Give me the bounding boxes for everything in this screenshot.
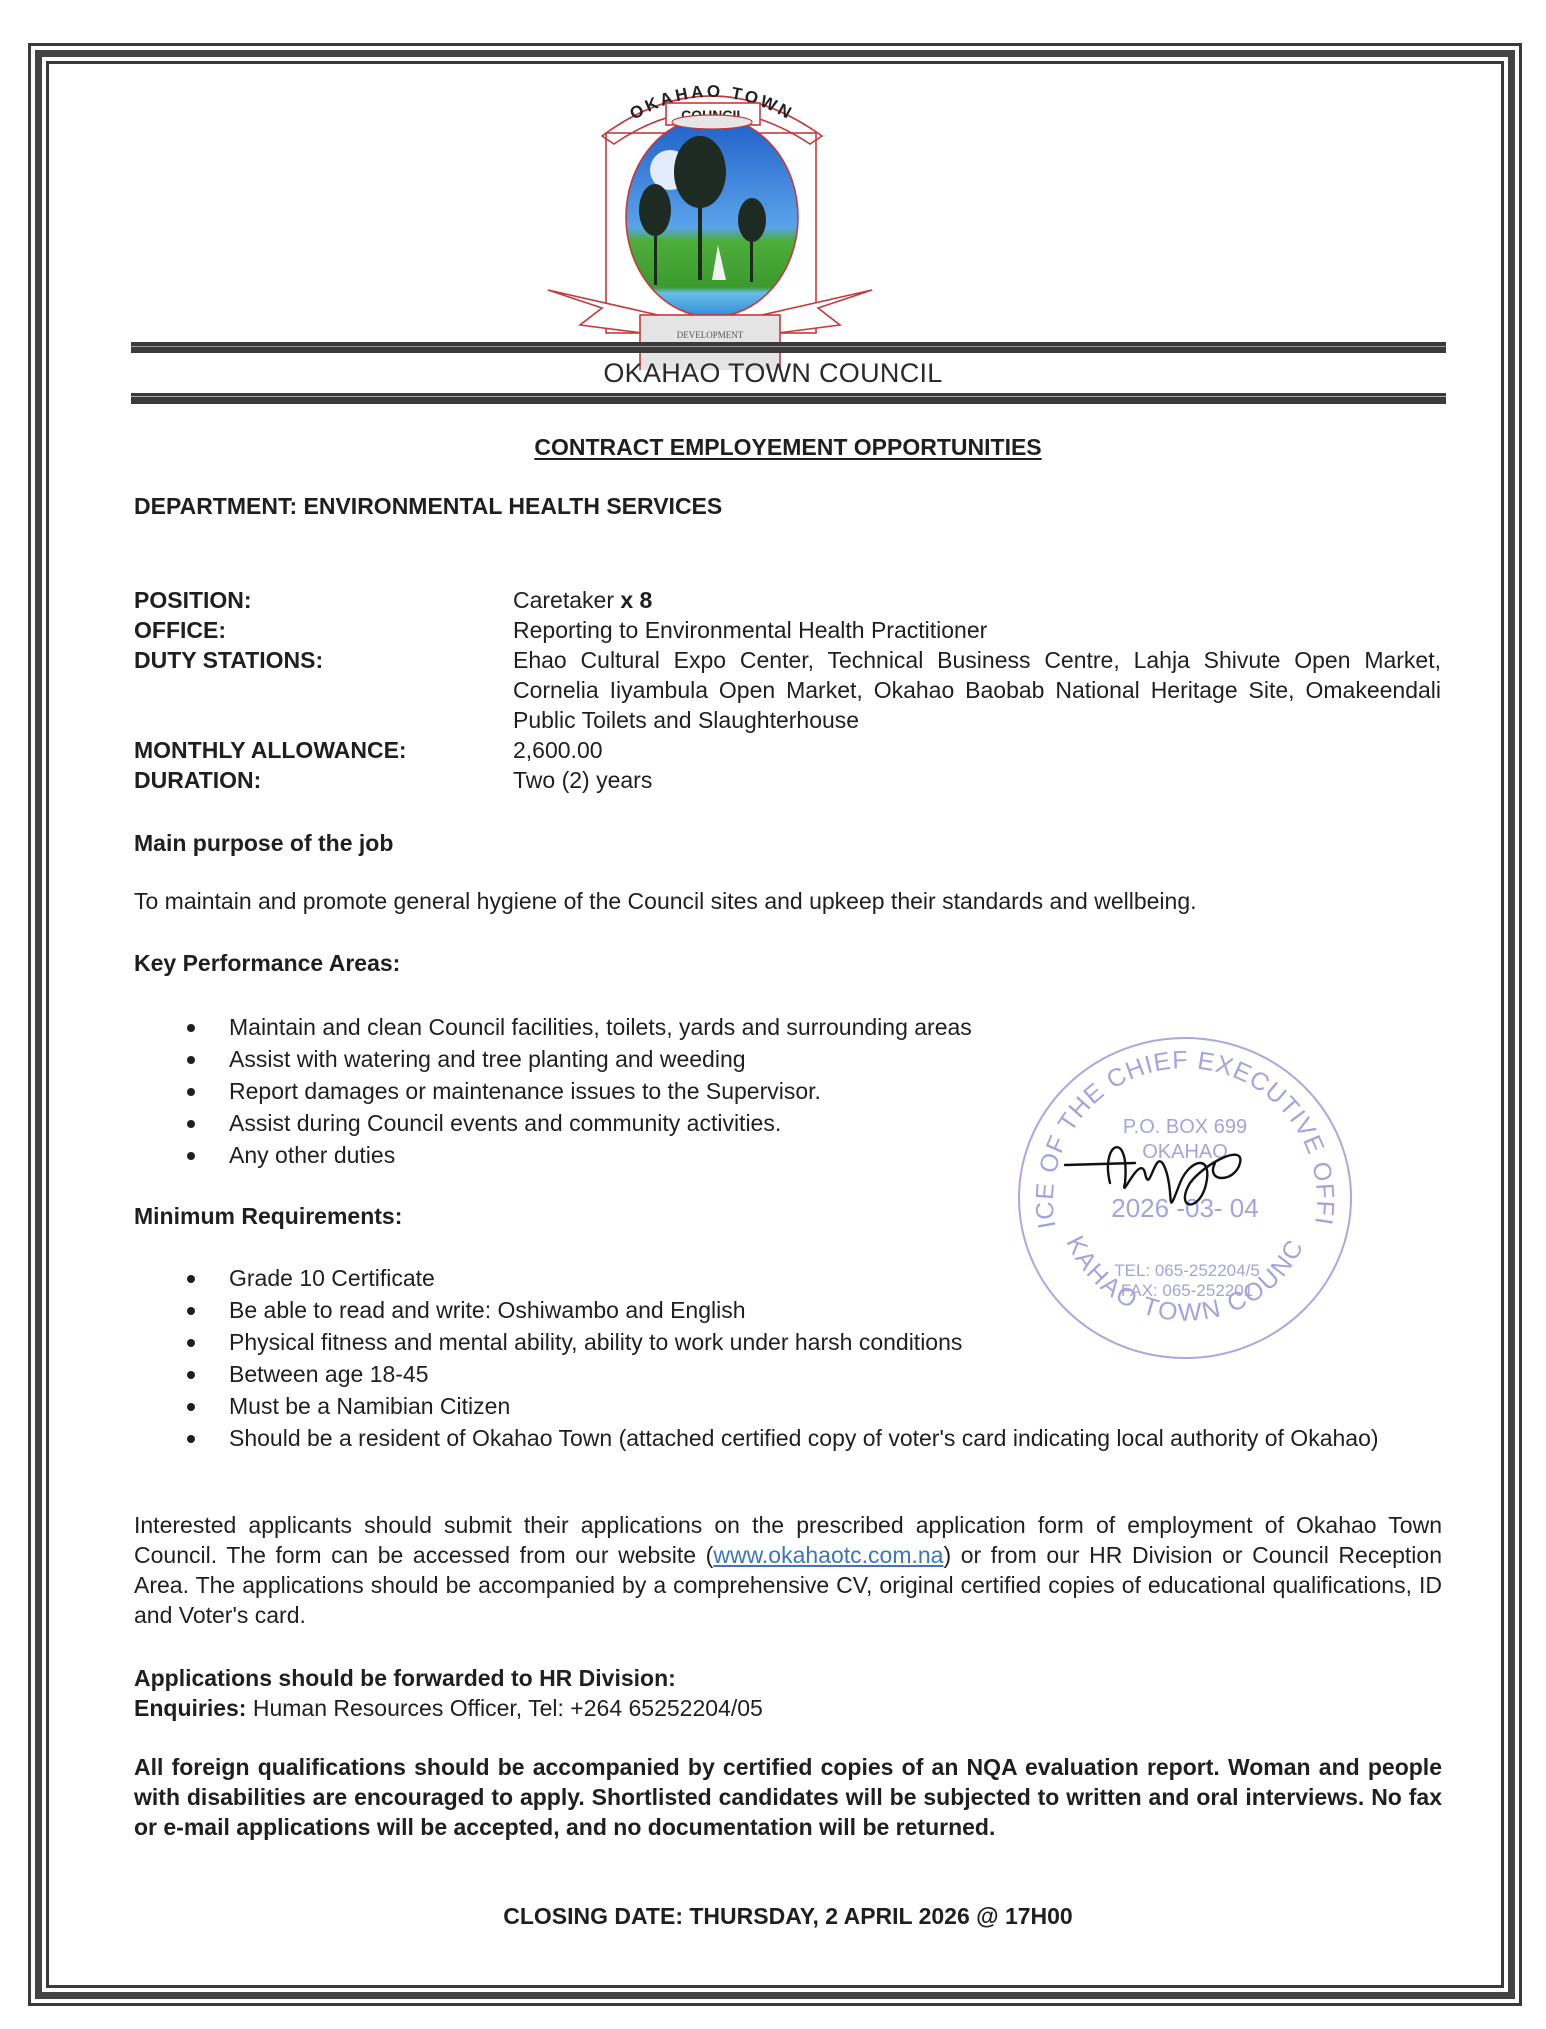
list-item-text: Between age 18-45 bbox=[229, 1361, 429, 1387]
list-item-text: Should be a resident of Okahao Town (att… bbox=[229, 1425, 1379, 1451]
detail-label: DURATION: bbox=[134, 765, 513, 795]
list-item-text: Any other duties bbox=[229, 1142, 395, 1168]
organization-name: OKAHAO TOWN COUNCIL bbox=[0, 358, 1546, 389]
enquiries-line: Enquiries: Human Resources Officer, Tel:… bbox=[134, 1693, 1442, 1723]
detail-row-position: POSITION: Caretaker x 8 bbox=[134, 585, 1441, 615]
department-heading: DEPARTMENT: ENVIRONMENTAL HEALTH SERVICE… bbox=[134, 493, 722, 520]
position-quantity: x 8 bbox=[620, 587, 652, 613]
detail-label: MONTHLY ALLOWANCE: bbox=[134, 735, 513, 765]
kpa-heading: Key Performance Areas: bbox=[134, 950, 400, 977]
svg-text:P.O. BOX 699: P.O. BOX 699 bbox=[1123, 1116, 1247, 1138]
page-title: CONTRACT EMPLOYEMENT OPPORTUNITIES bbox=[0, 434, 1546, 461]
bullet-icon bbox=[187, 1088, 195, 1096]
list-item: Must be a Namibian Citizen bbox=[134, 1390, 1442, 1422]
list-item-text: Assist with watering and tree planting a… bbox=[229, 1046, 746, 1072]
list-item-text: Maintain and clean Council facilities, t… bbox=[229, 1014, 972, 1040]
application-instructions: Interested applicants should submit thei… bbox=[134, 1510, 1442, 1630]
website-link[interactable]: www.okahaotc.com.na bbox=[713, 1542, 943, 1568]
list-item: Should be a resident of Okahao Town (att… bbox=[134, 1422, 1442, 1454]
list-item-text: Be able to read and write: Oshiwambo and… bbox=[229, 1297, 746, 1323]
closing-date: CLOSING DATE: THURSDAY, 2 APRIL 2026 @ 1… bbox=[0, 1903, 1546, 1930]
enquiries-value: Human Resources Officer, Tel: +264 65252… bbox=[246, 1695, 762, 1721]
official-stamp: OFFICE OF THE CHIEF EXECUTIVE OFFICER OK… bbox=[1015, 1033, 1355, 1363]
enquiries-label: Enquiries: bbox=[134, 1695, 246, 1721]
bullet-icon bbox=[187, 1056, 195, 1064]
detail-value: Reporting to Environmental Health Practi… bbox=[513, 615, 1441, 645]
requirements-heading: Minimum Requirements: bbox=[134, 1203, 402, 1230]
detail-row-duty-stations: DUTY STATIONS: Ehao Cultural Expo Center… bbox=[134, 645, 1441, 735]
bullet-icon bbox=[187, 1024, 195, 1032]
svg-text:TEL: 065-252204/5: TEL: 065-252204/5 bbox=[1114, 1261, 1260, 1280]
council-logo: OKAHAO TOWN COUNCIL DEVELOPMENT bbox=[540, 70, 880, 370]
bullet-icon bbox=[187, 1152, 195, 1160]
list-item-text: Grade 10 Certificate bbox=[229, 1265, 435, 1291]
detail-label: OFFICE: bbox=[134, 615, 513, 645]
purpose-text: To maintain and promote general hygiene … bbox=[134, 886, 1442, 916]
list-item-text: Assist during Council events and communi… bbox=[229, 1110, 781, 1136]
bullet-icon bbox=[187, 1339, 195, 1347]
position-title: Caretaker bbox=[513, 587, 620, 613]
bullet-icon bbox=[187, 1120, 195, 1128]
position-details: POSITION: Caretaker x 8 OFFICE: Reportin… bbox=[134, 585, 1441, 795]
detail-value: Two (2) years bbox=[513, 765, 1441, 795]
bullet-icon bbox=[187, 1307, 195, 1315]
bullet-icon bbox=[187, 1403, 195, 1411]
detail-row-allowance: MONTHLY ALLOWANCE: 2,600.00 bbox=[134, 735, 1441, 765]
bullet-icon bbox=[187, 1371, 195, 1379]
detail-row-duration: DURATION: Two (2) years bbox=[134, 765, 1441, 795]
detail-value: Ehao Cultural Expo Center, Technical Bus… bbox=[513, 645, 1441, 735]
header-rule-top bbox=[131, 342, 1446, 353]
notice-text: All foreign qualifications should be acc… bbox=[134, 1752, 1442, 1842]
list-item-text: Physical fitness and mental ability, abi… bbox=[229, 1329, 962, 1355]
detail-row-office: OFFICE: Reporting to Environmental Healt… bbox=[134, 615, 1441, 645]
list-item-text: Must be a Namibian Citizen bbox=[229, 1393, 510, 1419]
forwarding-heading: Applications should be forwarded to HR D… bbox=[134, 1663, 1442, 1693]
detail-value: 2,600.00 bbox=[513, 735, 1441, 765]
forwarding-info: Applications should be forwarded to HR D… bbox=[134, 1663, 1442, 1723]
detail-label: DUTY STATIONS: bbox=[134, 645, 513, 735]
svg-text:FAX: 065-252201: FAX: 065-252201 bbox=[1121, 1281, 1253, 1300]
list-item-text: Report damages or maintenance issues to … bbox=[229, 1078, 821, 1104]
detail-value: Caretaker x 8 bbox=[513, 585, 1441, 615]
header-rule-bottom bbox=[131, 393, 1446, 404]
detail-label: POSITION: bbox=[134, 585, 513, 615]
bullet-icon bbox=[187, 1435, 195, 1443]
purpose-heading: Main purpose of the job bbox=[134, 830, 393, 857]
svg-text:DEVELOPMENT: DEVELOPMENT bbox=[677, 330, 744, 340]
bullet-icon bbox=[187, 1275, 195, 1283]
svg-text:OKAHAO: OKAHAO bbox=[1142, 1141, 1228, 1163]
